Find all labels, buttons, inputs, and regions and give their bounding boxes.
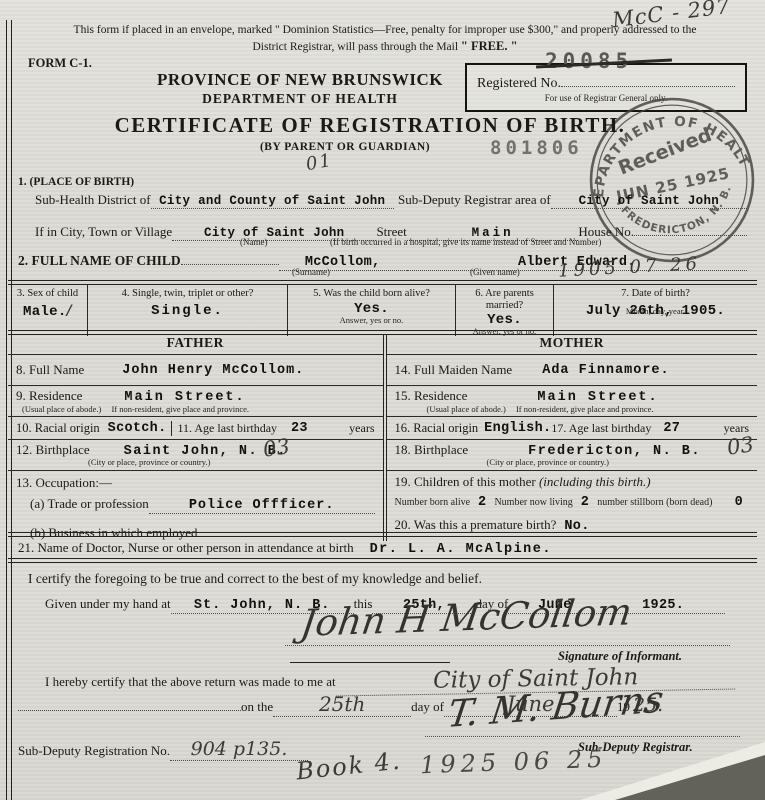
sex-value: Male./ [8, 303, 87, 320]
father-birthplace-code: 03 [261, 434, 291, 461]
mother-age-value: 27 [663, 421, 680, 436]
page-title: CERTIFICATE OF REGISTRATION OF BIRTH. [0, 113, 740, 138]
parents-section: FATHER 8. Full Name John Henry McCollom.… [8, 335, 757, 531]
father-residence-note1: (Usual place of abode.) [22, 404, 101, 414]
father-birthplace-row: 12. Birthplace Saint John, N. B. (City o… [8, 440, 383, 471]
department-title: DEPARTMENT OF HEALTH [90, 91, 510, 107]
serial-number-stamped: 801806 [490, 137, 583, 159]
mother-racial-value: English. [484, 421, 551, 436]
mother-birthplace-code: 03 [725, 432, 755, 459]
father-trade-value: Police Offficer. [149, 498, 375, 514]
father-age-value: 23 [291, 421, 308, 436]
child-name-label: 2. FULL NAME OF CHILD [18, 253, 181, 269]
father-name-label: 8. Full Name [8, 362, 84, 378]
mother-residence-value: Main Street. [537, 390, 658, 405]
father-column: FATHER 8. Full Name John Henry McCollom.… [8, 335, 383, 541]
father-birthplace-label: 12. Birthplace [8, 442, 90, 458]
mother-children-block: 19. Children of this mother (including t… [387, 471, 758, 534]
notice-line1: This form if placed in an envelope, mark… [74, 24, 697, 36]
entry-code-handwriting: 01 [304, 150, 334, 175]
surname-note: (Surname) [292, 267, 330, 277]
place-of-birth-label: 1. (PLACE OF BIRTH) [18, 176, 134, 188]
table-cell-born-alive: 5. Was the child born alive? Yes. Answer… [288, 285, 456, 336]
house-no-blank [634, 221, 747, 236]
mother-residence-note1: (Usual place of abode.) [427, 404, 506, 414]
sub-deputy-value: City of Saint John [551, 194, 747, 209]
plurality-value: Single. [88, 303, 287, 319]
sub-deputy-label: Sub-Deputy Registrar area of [394, 192, 551, 208]
sub-health-line: Sub-Health District of City and County o… [35, 192, 747, 209]
province-title: PROVINCE OF NEW BRUNSWICK [90, 70, 510, 90]
village-name-note: (Name) [240, 237, 267, 247]
book-note-handwriting: Book 4. [295, 747, 403, 786]
registrar-signature-line [425, 736, 740, 737]
certify-statement: I certify the foregoing to be true and c… [28, 571, 482, 587]
doctor-row: 21. Name of Doctor, Nurse or other perso… [18, 540, 747, 557]
father-residence-value: Main Street. [124, 390, 245, 405]
registered-no-label: Registered No. [477, 76, 561, 92]
mother-racial-row: 16. Racial origin English. 17. Age last … [387, 417, 758, 440]
mother-children-label-text: 19. Children of this mother [395, 474, 536, 489]
mother-residence-note: (Usual place of abode.) If non-resident,… [387, 404, 758, 414]
birth-certificate-scan: This form if placed in an envelope, mark… [0, 0, 765, 800]
sub-health-label: Sub-Health District of [35, 192, 151, 208]
registration-no-value: 904 p135. [170, 738, 308, 761]
now-living-count-label: Number now living [494, 497, 572, 508]
father-occupation-block: 13. Occupation:— (a) Trade or profession… [8, 471, 383, 541]
child-name-leader [181, 250, 279, 265]
village-label: If in City, Town or Village [35, 224, 172, 240]
hospital-note: (If birth occurred in a hospital, give i… [330, 237, 601, 247]
mother-age-label: 17. Age last birthday [551, 421, 651, 436]
mother-column: MOTHER 14. Full Maiden Name Ada Finnamor… [383, 335, 758, 541]
on-the-label: on the [241, 699, 273, 715]
mother-children-label: 19. Children of this mother (including t… [395, 474, 750, 490]
father-birthplace-note: (City or place, province or country.) [8, 457, 383, 467]
stillborn-count-value: 0 [735, 495, 749, 510]
notice-line2: District Registrar, will pass through th… [252, 41, 458, 53]
doctor-label: 21. Name of Doctor, Nurse or other perso… [18, 540, 354, 556]
mother-children-label-italic: (including this birth.) [539, 474, 651, 489]
father-racial-value: Scotch. [108, 421, 167, 436]
father-name-row: 8. Full Name John Henry McCollom. [8, 355, 383, 386]
mother-birthplace-note: (City or place, province or country.) [387, 457, 758, 467]
mother-residence-note2: If non-resident, give place and province… [508, 404, 654, 414]
father-header: FATHER [8, 335, 383, 355]
father-racial-row: 10. Racial origin Scotch. 11. Age last b… [8, 417, 383, 440]
doctor-top-rule [8, 532, 757, 537]
return-leader-blank [18, 696, 241, 711]
mother-birthplace-label: 18. Birthplace [387, 442, 469, 458]
born-alive-note: Answer, yes or no. [288, 315, 455, 325]
birthdate-note: Month, day, year. [554, 306, 757, 316]
mother-name-value: Ada Finnamore. [542, 363, 669, 378]
return-day-value: 25th [273, 692, 411, 717]
table-cell-sex: 3. Sex of child Male./ [8, 285, 88, 336]
father-occupation-label: 13. Occupation:— [16, 475, 375, 491]
mother-name-label: 14. Full Maiden Name [387, 362, 513, 378]
father-name-value: John Henry McCollom. [122, 363, 304, 378]
table-cell-plurality: 4. Single, twin, triplet or other? Singl… [88, 285, 288, 336]
plurality-label: 4. Single, twin, triplet or other? [88, 288, 287, 300]
father-racial-label: 10. Racial origin [8, 421, 100, 436]
married-label: 6. Are parents married? [456, 288, 553, 312]
registration-no-line: Sub-Deputy Registration No. 904 p135. [18, 738, 308, 761]
mother-header: MOTHER [387, 335, 758, 355]
mother-residence-row: 15. Residence Main Street. (Usual place … [387, 386, 758, 417]
stillborn-count-label: number stillborn (born dead) [597, 497, 712, 508]
table-cell-married: 6. Are parents married? Yes. Answer, yes… [456, 285, 554, 336]
born-alive-label: 5. Was the child born alive? [288, 288, 455, 300]
mother-residence-label: 15. Residence [387, 388, 468, 404]
father-age-label: 11. Age last birthday [177, 421, 277, 436]
informant-signature-line [285, 645, 730, 646]
father-residence-row: 9. Residence Main Street. (Usual place o… [8, 386, 383, 417]
sub-health-value: City and County of Saint John [151, 194, 394, 209]
mother-name-row: 14. Full Maiden Name Ada Finnamore. [387, 355, 758, 386]
corner-fold-dark [615, 755, 765, 800]
child-detail-table: 3. Sex of child Male./ 4. Single, twin, … [8, 285, 757, 329]
doctor-bottom-rule [8, 558, 757, 563]
page-subtitle: (BY PARENT OR GUARDIAN) [230, 141, 460, 153]
now-living-count-value: 2 [581, 495, 589, 510]
informant-signature-label: Signature of Informant. [558, 649, 682, 664]
father-racial-divider [171, 421, 172, 436]
father-residence-label: 9. Residence [8, 388, 82, 404]
father-age-unit: years [349, 421, 382, 436]
birthdate-label: 7. Date of birth? [554, 288, 757, 300]
sex-check-mark: / [67, 303, 72, 319]
form-code: FORM C-1. [28, 56, 92, 71]
doctor-value: Dr. L. A. McAlpine. [370, 542, 552, 557]
sex-value-text: Male. [23, 304, 67, 320]
given-name-note: (Given name) [470, 267, 520, 277]
born-alive-count-label: Number born alive [395, 497, 471, 508]
father-residence-note2: If non-resident, give place and province… [103, 404, 249, 414]
table-cell-birthdate: 7. Date of birth? July 26th, 1905. Month… [554, 285, 757, 336]
registration-no-label: Sub-Deputy Registration No. [18, 743, 170, 759]
sex-label: 3. Sex of child [8, 288, 87, 300]
notice-free: " FREE. " [461, 39, 518, 53]
given-label: Given under my hand at [45, 596, 171, 612]
separator-line [290, 662, 450, 663]
mother-racial-label: 16. Racial origin [387, 421, 479, 436]
born-alive-count-value: 2 [478, 495, 486, 510]
return-day-of-label: day of [411, 699, 444, 715]
father-trade-label: (a) Trade or profession [30, 496, 149, 512]
mother-birthplace-row: 18. Birthplace Fredericton, N. B. (City … [387, 440, 758, 471]
premature-label: 20. Was this a premature birth? [395, 517, 557, 533]
father-residence-note: (Usual place of abode.) If non-resident,… [8, 404, 383, 414]
return-text-label: I hereby certify that the above return w… [45, 674, 336, 690]
